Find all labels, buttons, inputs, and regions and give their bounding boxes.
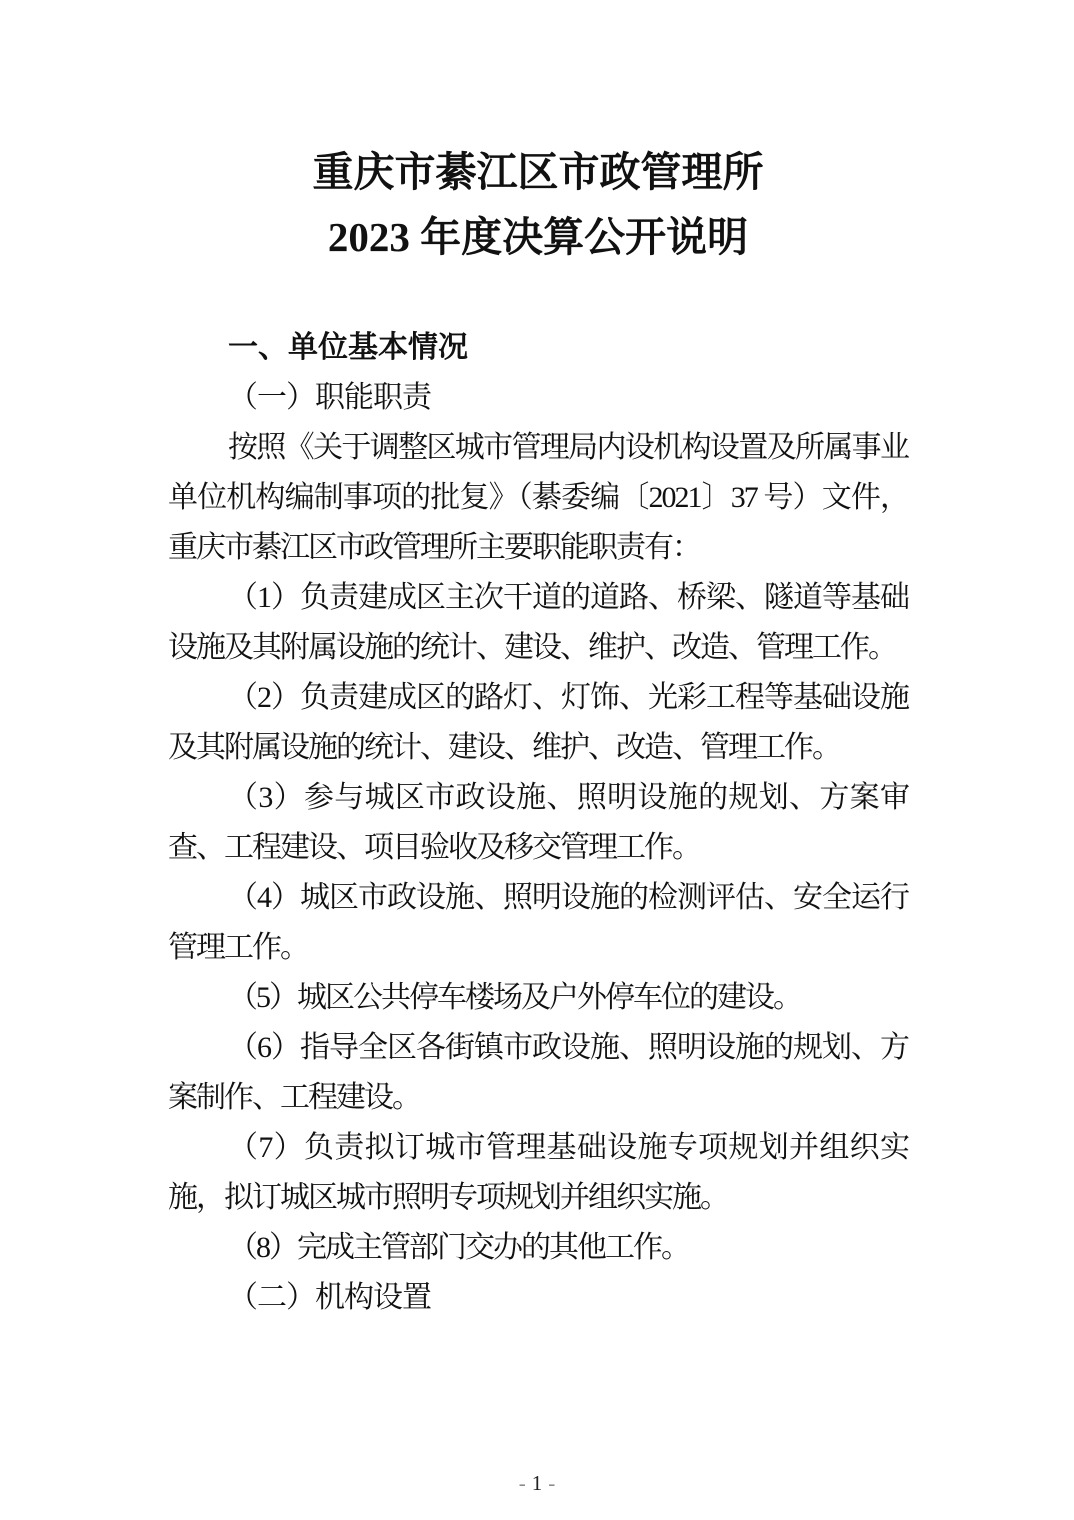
duty-item-8: （8）完成主管部门交办的其他工作。 xyxy=(168,1223,908,1273)
footer-dash-left: - xyxy=(513,1471,532,1495)
page-footer: -1- xyxy=(0,1472,1074,1494)
duty-item-5: （5）城区公共停车楼场及户外停车位的建设。 xyxy=(168,973,908,1023)
subsection-heading-organization: （二）机构设置 xyxy=(168,1273,908,1323)
duty-item-2: （2）负责建成区的路灯、灯饰、光彩工程等基础设施及其附属设施的统计、建设、维护、… xyxy=(168,673,908,773)
duty-item-4: （4）城区市政设施、照明设施的检测评估、安全运行管理工作。 xyxy=(168,873,908,973)
subsection-heading-duties: （一）职能职责 xyxy=(168,373,908,423)
duty-item-6: （6）指导全区各街镇市政设施、照明设施的规划、方案制作、工程建设。 xyxy=(168,1023,908,1123)
document-content: 重庆市綦江区市政管理所 2023 年度决算公开说明 一、单位基本情况 （一）职能… xyxy=(168,140,908,1323)
duty-item-3: （3）参与城区市政设施、照明设施的规划、方案审查、工程建设、项目验收及移交管理工… xyxy=(168,773,908,873)
document-page: 重庆市綦江区市政管理所 2023 年度决算公开说明 一、单位基本情况 （一）职能… xyxy=(0,0,1074,1520)
footer-dash-right: - xyxy=(542,1471,561,1495)
document-title: 重庆市綦江区市政管理所 2023 年度决算公开说明 xyxy=(168,140,908,270)
document-title-line2: 2023 年度决算公开说明 xyxy=(168,205,908,270)
document-title-line1: 重庆市綦江区市政管理所 xyxy=(168,140,908,205)
footer-page-number: 1 xyxy=(532,1471,543,1495)
intro-paragraph: 按照《关于调整区城市管理局内设机构设置及所属事业单位机构编制事项的批复》（綦委编… xyxy=(168,423,908,573)
duty-item-7: （7）负责拟订城市管理基础设施专项规划并组织实施，拟订城区城市照明专项规划并组织… xyxy=(168,1123,908,1223)
duty-item-1: （1）负责建成区主次干道的道路、桥梁、隧道等基础设施及其附属设施的统计、建设、维… xyxy=(168,573,908,673)
section-heading-unit-basic-info: 一、单位基本情况 xyxy=(168,323,908,373)
